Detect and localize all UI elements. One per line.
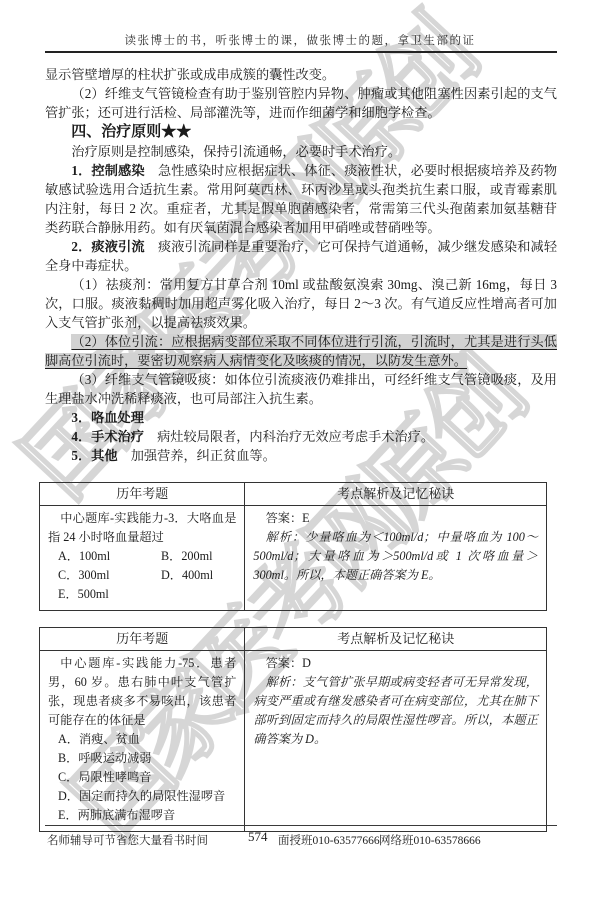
footer-tip: 名师辅导可节省您大量看书时间	[47, 832, 208, 848]
footer-onsite-class-phone: 面授班010-63577666	[278, 832, 380, 848]
page-number: 574	[248, 829, 268, 845]
header-slogan: 读张博士的书，听张博士的课，做张博士的题，拿卫生部的证	[0, 0, 600, 48]
option-e: E．两肺底满布湿啰音	[58, 806, 236, 825]
table-header-analysis: 考点解析及记忆秘诀	[245, 483, 547, 506]
paragraph: 1．控制感染 急性感染时应根据症状、体征、痰液性状，必要时根据痰培养及药物敏感试…	[45, 161, 557, 237]
footer-rule	[45, 825, 557, 826]
document-page: 国家医考网原创 国家医考网原创 读张博士的书，听张博士的课，做张博士的题，拿卫生…	[0, 0, 600, 912]
option-b: B．200ml	[161, 547, 212, 566]
option-d: D．400ml	[161, 566, 213, 585]
document-body: 显示管壁增厚的柱状扩张或成串成簇的囊性改变。 （2）纤维支气管镜检查有助于鉴别管…	[45, 53, 557, 832]
paragraph-lead: 4．手术治疗	[71, 429, 144, 444]
paragraph-lead: 5．其他	[71, 448, 117, 463]
exam-question-table-2: 历年考题 考点解析及记忆秘诀 中心题库-实践能力-75．患者男，60 岁。患右肺…	[39, 627, 547, 832]
option-row: A．100mlB．200ml	[58, 547, 236, 566]
paragraph-text: 治疗原则是控制感染，保持引流通畅，必要时手术治疗。	[71, 144, 401, 159]
paragraph: （1）祛痰剂：常用复方甘草合剂 10ml 或盐酸氨溴索 30mg、溴己新 16m…	[45, 275, 557, 332]
answer-text: 答案：D	[253, 654, 538, 673]
table-header-analysis: 考点解析及记忆秘诀	[245, 628, 547, 651]
paragraph-text: 显示管壁增厚的柱状扩张或成串成簇的囊性改变。	[45, 67, 335, 82]
paragraph: 3．咯血处理	[45, 408, 557, 427]
option-c: C．局限性哮鸣音	[58, 768, 236, 787]
table-header-question: 历年考题	[40, 628, 245, 651]
paragraph: 5．其他 加强营养，纠正贫血等。	[45, 446, 557, 465]
paragraph-text: 加强营养，纠正贫血等。	[118, 448, 276, 463]
page-footer: 名师辅导可节省您大量看书时间 574 面授班010-63577666 网络班01…	[45, 825, 557, 826]
analysis-cell: 答案：D 解析：支气管扩张早期或病变轻者可无异常发现，病变严重或有继发感染者可在…	[245, 651, 547, 832]
paragraph-lead: 2．痰液引流	[71, 239, 144, 254]
paragraph-text: （3）纤维支气管镜吸痰：如体位引流痰液仍难排出，可经纤维支气管镜吸痰，及用生理盐…	[45, 372, 557, 406]
paragraph: （3）纤维支气管镜吸痰：如体位引流痰液仍难排出，可经纤维支气管镜吸痰，及用生理盐…	[45, 370, 557, 408]
analysis-cell: 答案：E 解析：少量咯血为＜100ml/d；中量咯血为 100～500ml/d；…	[245, 506, 547, 611]
highlighted-text: （2）体位引流：应根据病变部位采取不同体位进行引流，引流时，尤其是进行头低脚高位…	[45, 334, 557, 368]
paragraph-text: （2）纤维支气管镜检查有助于鉴别管腔内异物、肿瘤或其他阻塞性因素引起的支气管扩张…	[45, 86, 557, 120]
paragraph-lead: 1．控制感染	[71, 163, 144, 178]
paragraph-text: 病灶较局限者，内科治疗无效应考虑手术治疗。	[144, 429, 434, 444]
exam-question-table-1: 历年考题 考点解析及记忆秘诀 中心题库-实践能力-3．大咯血是指 24 小时咯血…	[39, 482, 547, 611]
paragraph-lead: 3．咯血处理	[71, 410, 144, 425]
analysis-text: 解析：少量咯血为＜100ml/d；中量咯血为 100～500ml/d；大量咯血为…	[253, 528, 538, 585]
answer-text: 答案：E	[253, 509, 538, 528]
option-a: A．100ml	[58, 547, 161, 566]
paragraph: 2．痰液引流 痰液引流同样是重要治疗，它可保持气道通畅，减少继发感染和减轻全身中…	[45, 237, 557, 275]
paragraph: 显示管壁增厚的柱状扩张或成串成簇的囊性改变。	[45, 65, 557, 84]
option-d: D．固定而持久的局限性湿啰音	[58, 787, 236, 806]
table-header-question: 历年考题	[40, 483, 245, 506]
paragraph: 4．手术治疗 病灶较局限者，内科治疗无效应考虑手术治疗。	[45, 427, 557, 446]
question-cell: 中心题库-实践能力-3．大咯血是指 24 小时咯血量超过 A．100mlB．20…	[40, 506, 245, 611]
option-row: C．300mlD．400ml	[58, 566, 236, 585]
paragraph-highlighted: （2）体位引流：应根据病变部位采取不同体位进行引流，引流时，尤其是进行头低脚高位…	[45, 332, 557, 370]
analysis-text: 解析：支气管扩张早期或病变轻者可无异常发现，病变严重或有继发感染者可在病变部位，…	[253, 673, 538, 749]
option-c: C．300ml	[58, 566, 161, 585]
question-text: 中心题库-实践能力-3．大咯血是指 24 小时咯血量超过	[48, 509, 236, 547]
question-cell: 中心题库-实践能力-75．患者男，60 岁。患右肺中叶支气管扩张，现患者痰多不易…	[40, 651, 245, 832]
page-header: 读张博士的书，听张博士的课，做张博士的题，拿卫生部的证	[0, 0, 600, 53]
paragraph-text: （1）祛痰剂：常用复方甘草合剂 10ml 或盐酸氨溴索 30mg、溴己新 16m…	[45, 277, 557, 330]
option-b: B．呼吸运动减弱	[58, 749, 236, 768]
paragraph: 治疗原则是控制感染，保持引流通畅，必要时手术治疗。	[45, 142, 557, 161]
footer-online-class-phone: 网络班010-63578666	[379, 832, 481, 848]
section-heading: 四、治疗原则★★	[45, 122, 557, 142]
option-e: E．500ml	[58, 585, 161, 604]
option-row: E．500ml	[58, 585, 236, 604]
question-text: 中心题库-实践能力-75．患者男，60 岁。患右肺中叶支气管扩张，现患者痰多不易…	[48, 654, 236, 730]
option-a: A．消瘦、贫血	[58, 730, 236, 749]
paragraph: （2）纤维支气管镜检查有助于鉴别管腔内异物、肿瘤或其他阻塞性因素引起的支气管扩张…	[45, 84, 557, 122]
